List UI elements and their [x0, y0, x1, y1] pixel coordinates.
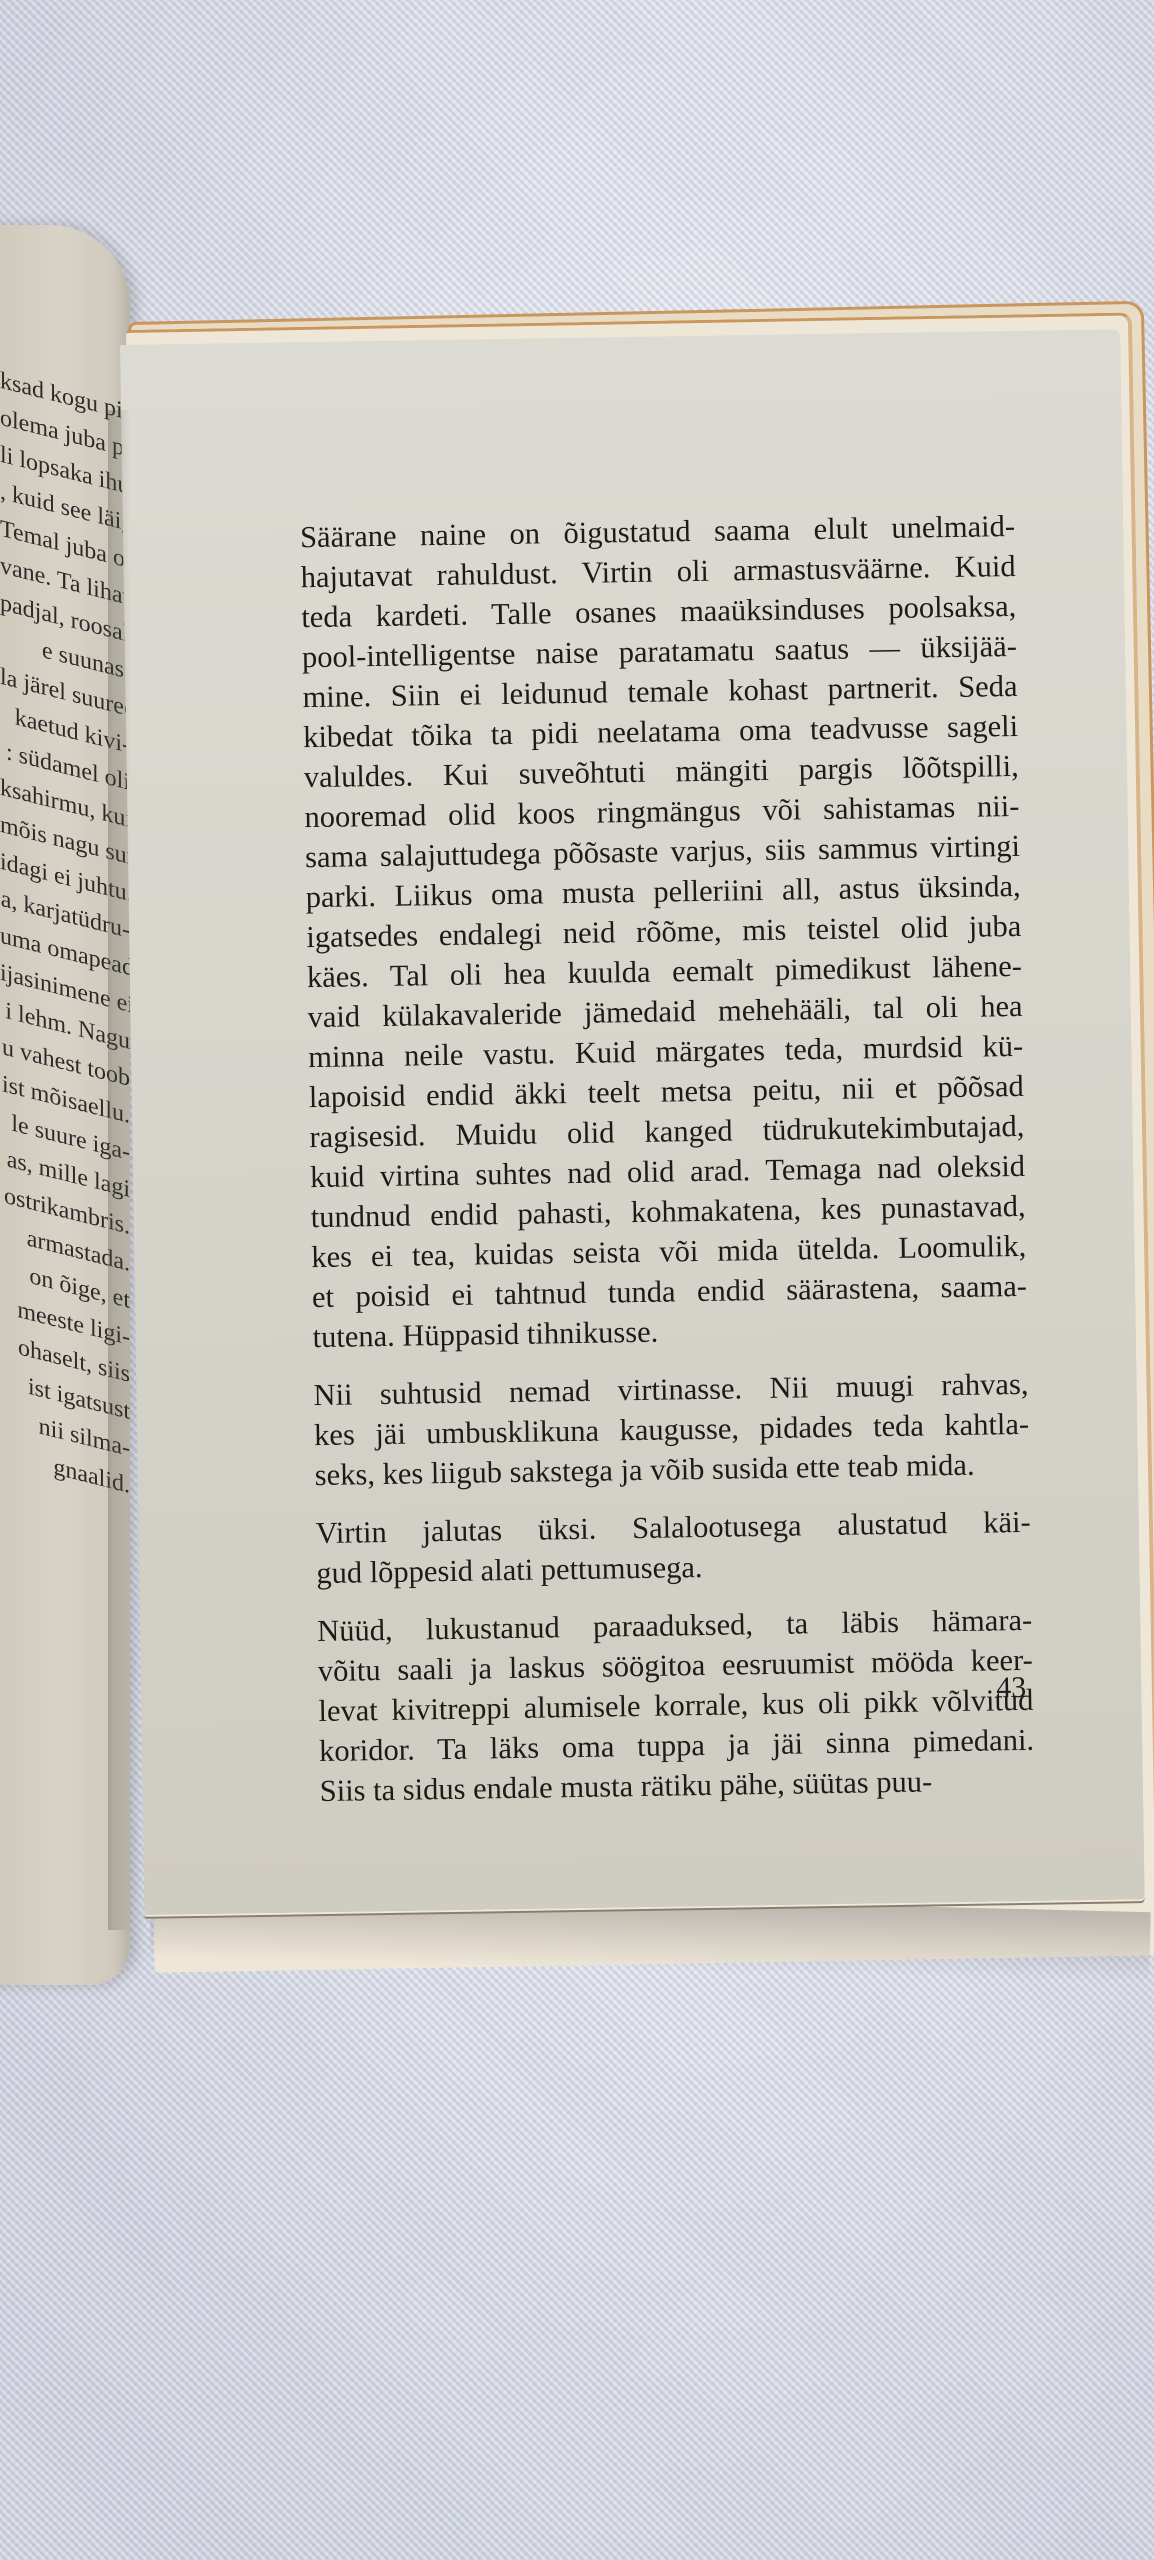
paragraph: Nüüd, lukustanud paraaduksed, ta läbis h… — [275, 1600, 1035, 1812]
page-number: 43 — [996, 1671, 1027, 1705]
paragraph: Säärane naine on õigustatud saama elult … — [258, 506, 1028, 1358]
paragraph: Nii suhtusid nemad virtinasse. Nii muugi… — [271, 1364, 1030, 1496]
paragraph: Virtin jalutas üksi. Salalootusega alust… — [273, 1502, 1031, 1594]
book-gutter — [108, 410, 130, 1930]
page-body-text: Säärane naine on õigustatud saama elult … — [258, 506, 1036, 1830]
right-page: Säärane naine on õigustatud saama elult … — [120, 329, 1145, 1915]
